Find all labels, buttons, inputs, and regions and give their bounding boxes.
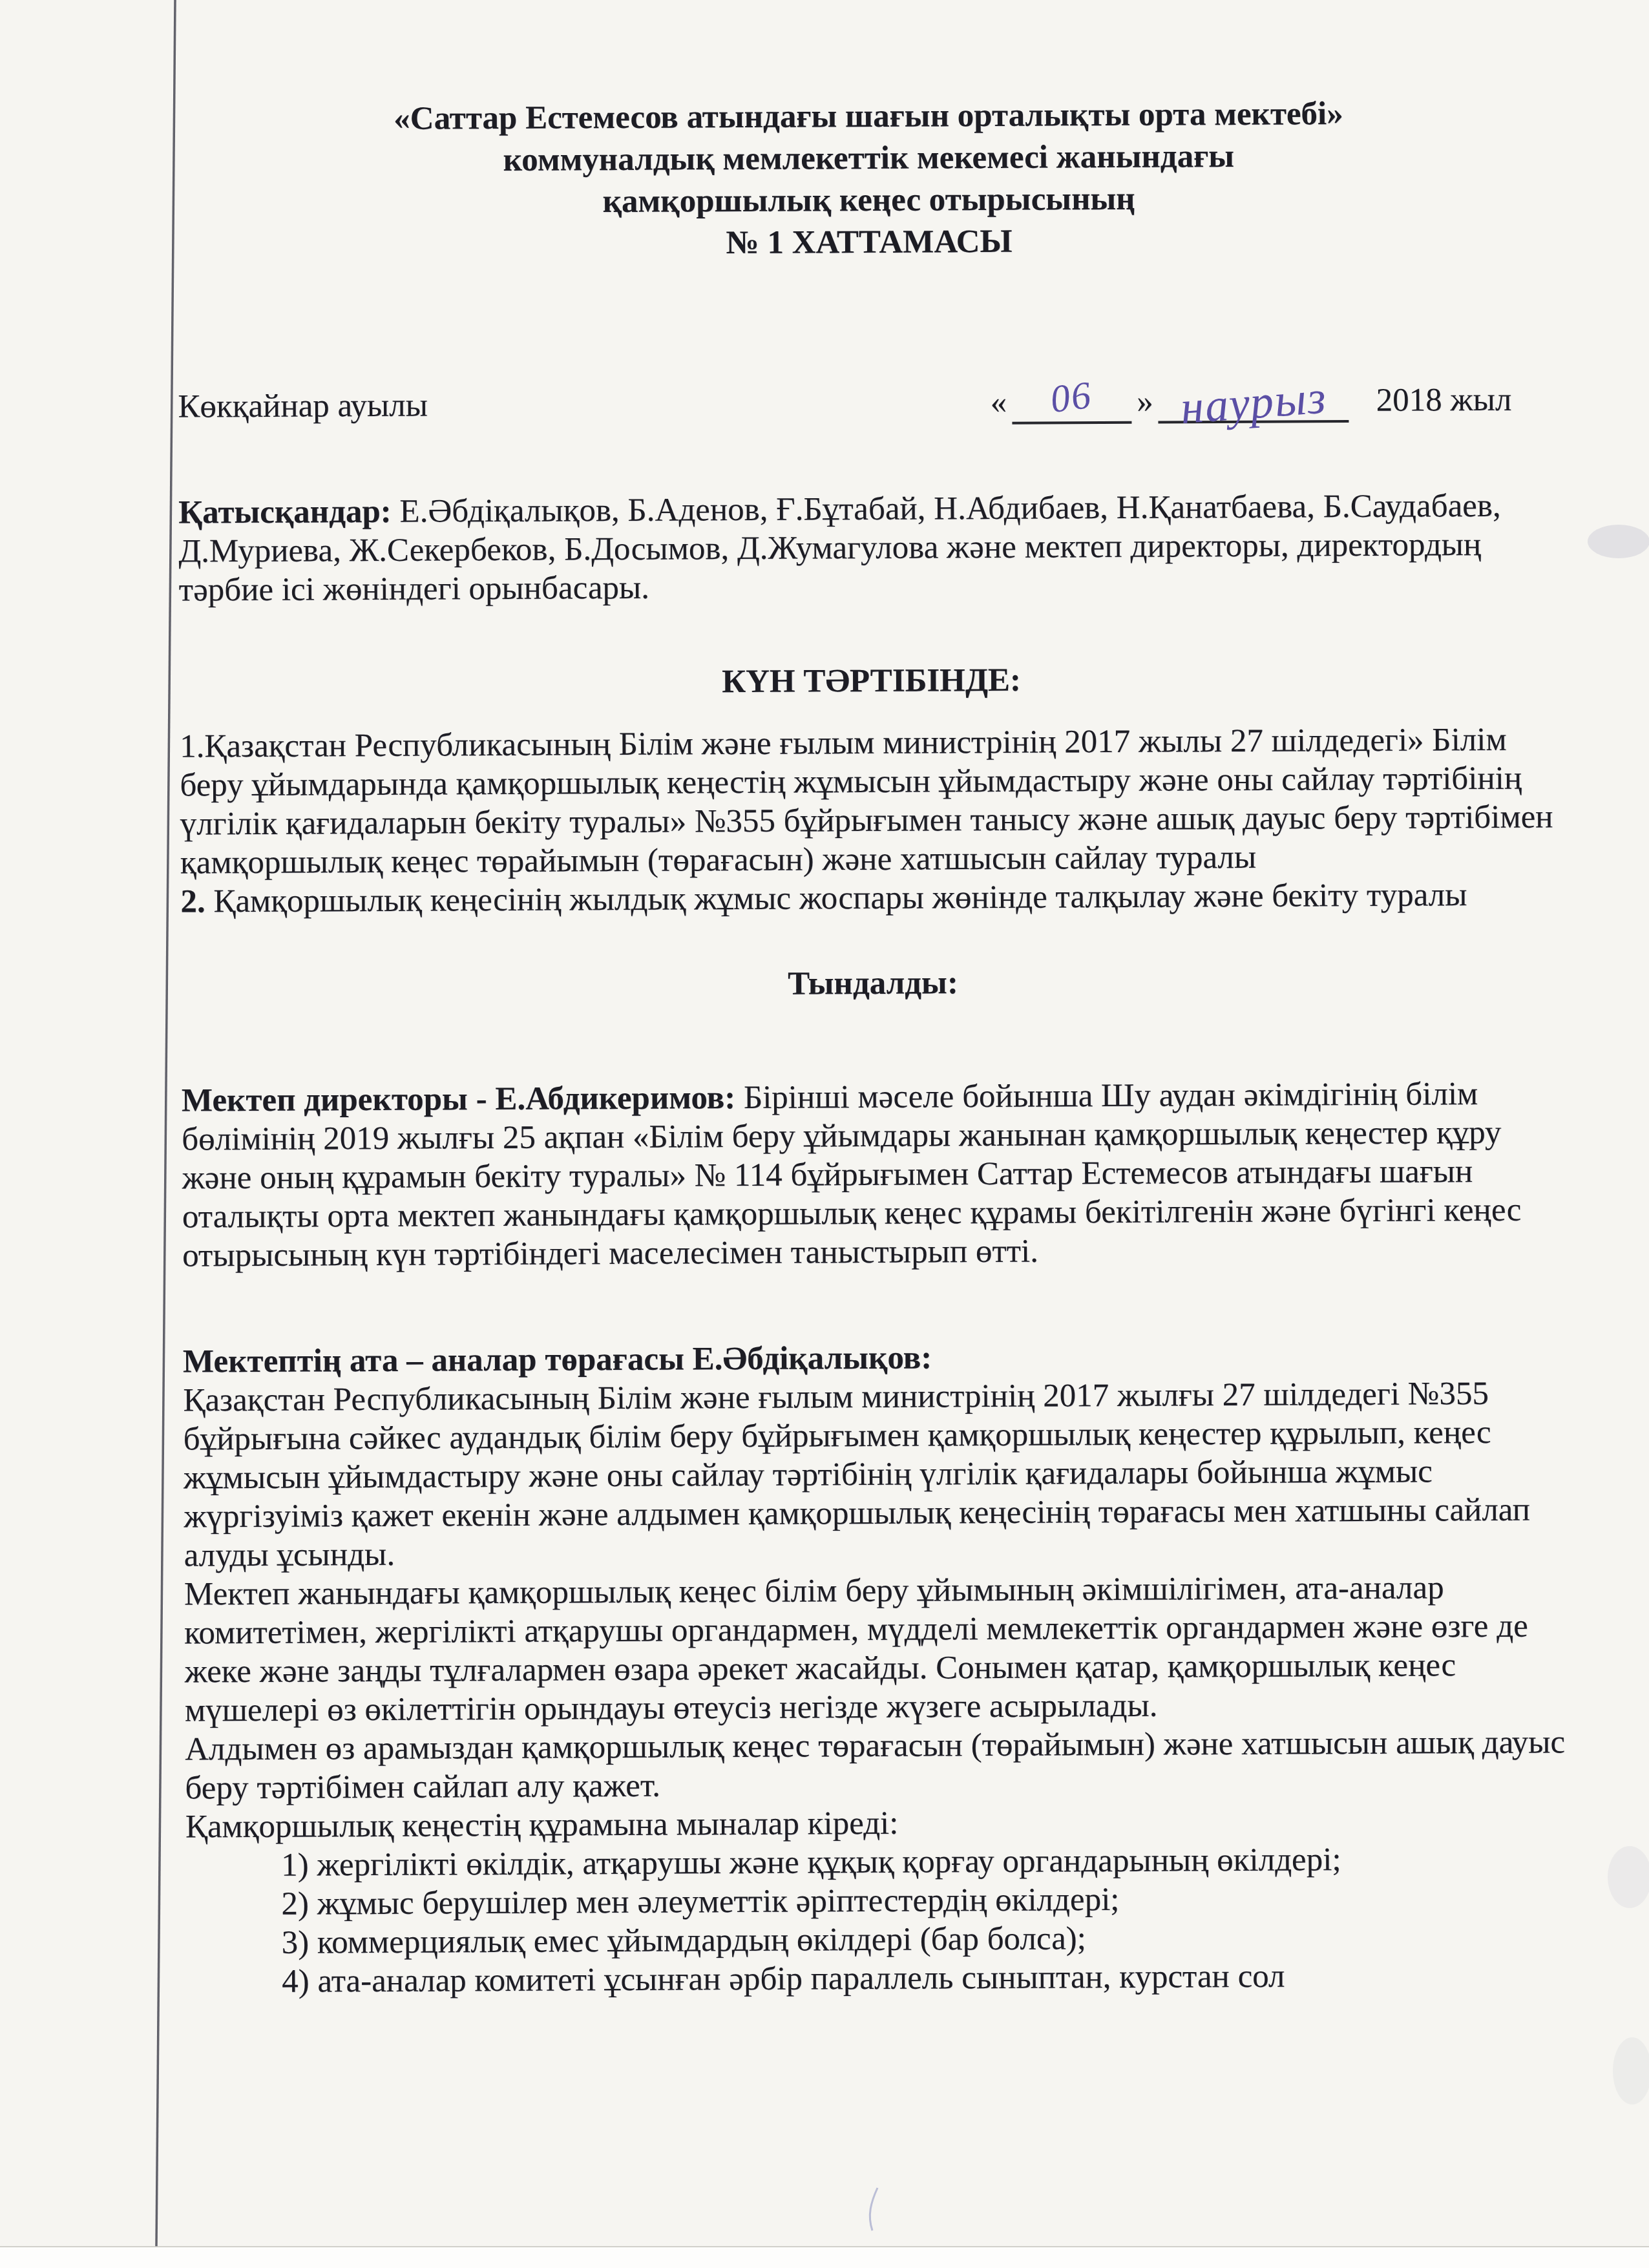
heard-heading: Тындалды: — [181, 960, 1565, 1006]
month-underline: наурыз — [1158, 376, 1349, 424]
document-title-line-1: «Саттар Естемесов атындағы шағын орталық… — [176, 92, 1560, 141]
place-name: Көкқайнар ауылы — [178, 386, 428, 426]
day-underline: 06 — [1012, 380, 1131, 425]
date-field: «06»наурыз2018 жыл — [985, 375, 1511, 425]
document-title-line-2: коммуналдық мемлекеттік мекемесі жанында… — [176, 134, 1560, 183]
council-list-item-1: 1) жергілікті өкілдік, атқарушы және құқ… — [281, 1839, 1570, 1884]
council-composition-list: 1) жергілікті өкілдік, атқарушы және құқ… — [185, 1839, 1570, 2001]
council-list-item-3: 3) коммерциялық емес ұйымдардың өкілдері… — [282, 1916, 1570, 1962]
year-label: 2018 жыл — [1349, 382, 1511, 419]
scanned-protocol-page: «Саттар Естемесов атындағы шағын орталық… — [0, 0, 1649, 2268]
council-list-item-4: 4) ата-аналар комитеті ұсынған әрбір пар… — [282, 1955, 1570, 2000]
parents-chair-speaker-name: Мектептің ата – аналар төрағасы Е.Әбдіқа… — [183, 1335, 1567, 1381]
handwritten-day: 06 — [1048, 375, 1094, 419]
agenda-heading: КҮН ТӘРТІБІНДЕ: — [179, 658, 1563, 704]
participants-paragraph: Қатысқандар: Е.Әбдіқалықов, Б.Аденов, Ғ.… — [178, 486, 1563, 609]
agenda-item-2-text: Қамқоршылық кеңесінің жылдық жұмыс жоспа… — [213, 877, 1467, 919]
council-list-item-2: 2) жұмыс берушілер мен әлеуметтік әріпте… — [281, 1878, 1570, 1923]
close-guillemet: » — [1131, 384, 1159, 420]
participants-label: Қатысқандар: — [178, 494, 392, 531]
agenda-item-2-number: 2. — [180, 883, 205, 919]
open-guillemet: « — [985, 384, 1012, 421]
director-speech: Мектеп директоры - Е.Абдикеримов: Бірінш… — [182, 1074, 1567, 1275]
document-content: «Саттар Естемесов атындағы шағын орталық… — [0, 0, 1649, 2268]
chair-speech-paragraph-2: Мектеп жанындағы қамқоршылық кеңес білім… — [184, 1568, 1569, 1730]
director-speaker-name: Мектеп директоры - Е.Абдикеримов: — [182, 1080, 735, 1118]
council-composition-intro: Қамқоршылық кеңестің құрамына мыналар кі… — [185, 1800, 1570, 1846]
agenda-item-2: 2. Қамқоршылық кеңесінің жылдық жұмыс жо… — [180, 875, 1564, 921]
place-and-date-row: Көкқайнар ауылы «06»наурыз2018 жыл — [178, 375, 1562, 428]
parents-chair-speech: Мектептің ата – аналар төрағасы Е.Әбдіқа… — [183, 1335, 1570, 2001]
agenda-item-1: 1.Қазақстан Республикасының Білім және ғ… — [180, 720, 1564, 882]
agenda-items: 1.Қазақстан Республикасының Білім және ғ… — [180, 720, 1565, 921]
chair-speech-paragraph-1: Қазақстан Республикасының Білім және ғыл… — [183, 1374, 1568, 1575]
handwritten-month: наурыз — [1180, 377, 1329, 427]
protocol-number-line: № 1 ХАТТАМАСЫ — [177, 218, 1561, 267]
document-title-line-3: қамқоршылық кеңес отырысының — [176, 176, 1560, 225]
document-title-block: «Саттар Естемесов атындағы шағын орталық… — [176, 92, 1561, 267]
chair-speech-paragraph-3: Алдымен өз арамыздан қамқоршылық кеңес т… — [185, 1723, 1570, 1807]
